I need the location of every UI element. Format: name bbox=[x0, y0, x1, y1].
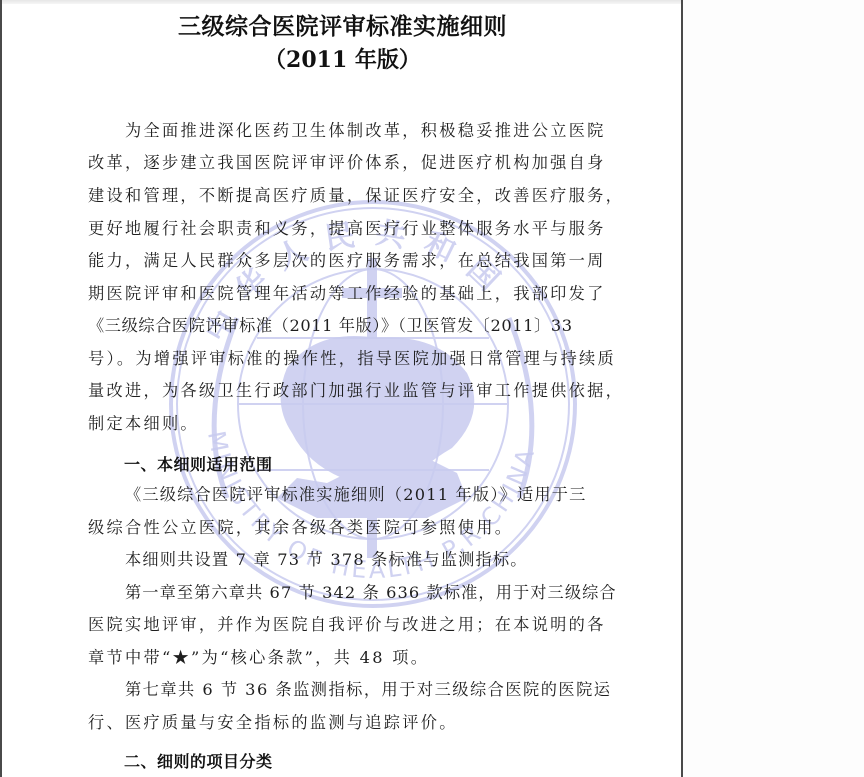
paragraph-line: 第一章至第六章共 67 节 342 条 636 款标准，用于对三级综合 bbox=[125, 583, 617, 603]
document-title: 三级综合医院评审标准实施细则 bbox=[2, 8, 683, 41]
paragraph-line: 制定本细则。 bbox=[88, 414, 199, 434]
paragraph-line: 期医院评审和医院管理年活动等工作经验的基础上，我部印发了 bbox=[88, 284, 606, 304]
paragraph-line: 号）。为增强评审标准的操作性，指导医院加强日常管理与持续质 bbox=[88, 349, 616, 369]
paragraph-line: 能力，满足人民群众多层次的医疗服务需求，在总结我国第一周 bbox=[88, 251, 606, 271]
paragraph-line: 量改进，为各级卫生行政部门加强行业监管与评审工作提供依据， bbox=[88, 381, 624, 401]
page-top-shadow bbox=[2, 0, 681, 4]
paragraph-line: 建设和管理，不断提高医疗质量，保证医疗安全，改善医疗服务， bbox=[88, 186, 624, 206]
paragraph-line: 行、医疗质量与安全指标的监测与追踪评价。 bbox=[88, 713, 458, 733]
paragraph-line: 《三级综合医院评审标准（2011 年版）》（卫医管发〔2011〕33 bbox=[88, 316, 573, 336]
paragraph-line: 本细则共设置 7 章 73 节 378 条标准与监测指标。 bbox=[125, 550, 528, 570]
paragraph-line: 章节中带“★”为“核心条款”，共 48 项。 bbox=[88, 648, 429, 668]
document-page: 中华人民共和国 MINISTRY OF HEALTH P.R.CHINA 三级综… bbox=[0, 0, 683, 777]
document-subtitle: （2011 年版） bbox=[2, 43, 683, 74]
paragraph-line: 改革，逐步建立我国医院评审评价体系，促进医疗机构加强自身 bbox=[88, 153, 606, 173]
paragraph-line: 更好地履行社会职责和义务，提高医疗行业整体服务水平与服务 bbox=[88, 219, 606, 239]
paragraph-line: 医院实地评审，并作为医院自我评价与改进之用；在本说明的各 bbox=[88, 615, 606, 635]
paragraph-line: 为全面推进深化医药卫生体制改革，积极稳妥推进公立医院 bbox=[125, 121, 606, 141]
section-heading-scope: 一、本细则适用范围 bbox=[124, 452, 273, 475]
paragraph-line: 《三级综合医院评审标准实施细则（2011 年版）》适用于三 bbox=[125, 485, 587, 505]
paragraph-line: 级综合性公立医院，其余各级各类医院可参照使用。 bbox=[88, 518, 513, 538]
paragraph-line: 第七章共 6 节 36 条监测指标，用于对三级综合医院的医院运 bbox=[125, 680, 611, 700]
section-heading-classification: 二、细则的项目分类 bbox=[124, 749, 273, 772]
